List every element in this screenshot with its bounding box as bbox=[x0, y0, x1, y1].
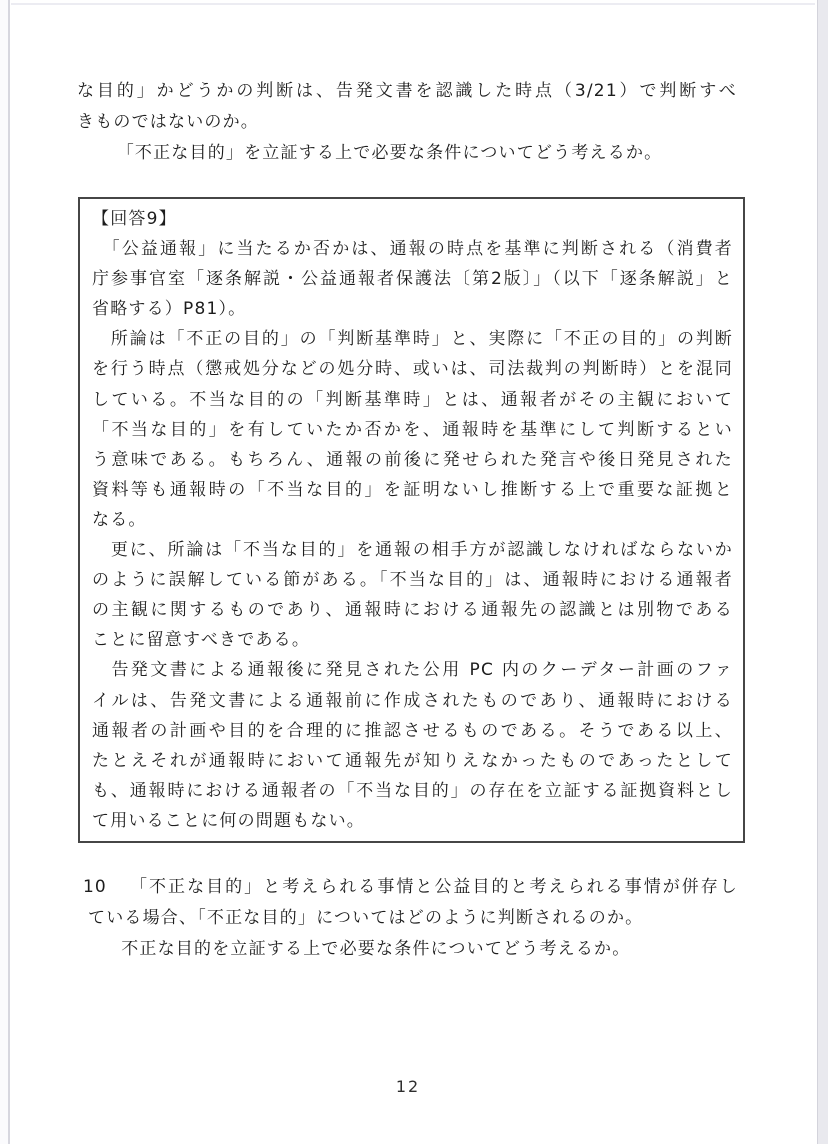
scan-edge-right-strip bbox=[817, 0, 828, 1144]
text-line: 「不当な目的」を有していたか否かを、通報時を基準にして判断するとい bbox=[92, 415, 733, 445]
text-line: な目的」かどうかの判断は、告発文書を認識した時点（3/21）で判断すべ bbox=[77, 76, 737, 107]
text-line: 所論は「不正の目的」の「判断基準時」と、実際に「不正の目的」の判断 bbox=[92, 324, 733, 354]
text-line: も、通報時における通報者の「不当な目的」の存在を立証する証拠資料とし bbox=[92, 776, 733, 806]
text-line: の主観に関するものであり、通報時における通報先の認識とは別物である bbox=[92, 595, 733, 625]
text-line: 「不正な目的」と考えられる事情と公益目的と考えられる事情が併存し bbox=[130, 872, 738, 903]
text-line: 「不正な目的」を立証する上で必要な条件についてどう考えるか。 bbox=[77, 138, 737, 169]
document-page: な目的」かどうかの判断は、告発文書を認識した時点（3/21）で判断すべ きもので… bbox=[0, 0, 828, 1144]
scan-edge-top-line bbox=[11, 3, 815, 5]
text-line: 告発文書による通報後に発見された公用 PC 内のクーデター計画のファ bbox=[92, 655, 733, 685]
text-line: ている場合、「不正な目的」についてはどのように判断されるのか。 bbox=[83, 903, 738, 934]
text-line: のように誤解している節がある。「不当な目的」は、通報時における通報者 bbox=[92, 565, 733, 595]
text-line: て用いることに何の問題もない。 bbox=[92, 806, 733, 836]
page-number: 12 bbox=[0, 1077, 816, 1096]
text-line: 不正な目的を立証する上で必要な条件についてどう考えるか。 bbox=[83, 934, 738, 965]
question-10-number: 10 bbox=[83, 872, 130, 903]
answer-9-box: 【回答9】 「公益通報」に当たるか否かは、通報の時点を基準に判断される（消費者 … bbox=[78, 197, 745, 843]
text-line: う意味である。もちろん、通報の前後に発せられた発言や後日発見された bbox=[92, 445, 733, 475]
text-line: 庁参事官室「逐条解説・公益通報者保護法〔第2版〕」（以下「逐条解説」と bbox=[92, 264, 733, 294]
text-line: ことに留意すべきである。 bbox=[92, 625, 733, 655]
text-line: を行う時点（懲戒処分などの処分時、或いは、司法裁判の判断時）とを混同 bbox=[92, 354, 733, 384]
text-line: している。不当な目的の「判断基準時」とは、通報者がその主観において bbox=[92, 385, 733, 415]
answer-9-heading: 【回答9】 bbox=[92, 204, 733, 234]
text-line: 通報者の計画や目的を合理的に推認させるものである。そうである以上、 bbox=[92, 716, 733, 746]
scan-edge-left-line bbox=[8, 0, 10, 1144]
question-10-block: 10 「不正な目的」と考えられる事情と公益目的と考えられる事情が併存し ている場… bbox=[83, 872, 738, 965]
text-line: きものではないのか。 bbox=[77, 107, 737, 138]
question-9-followup-paragraph: な目的」かどうかの判断は、告発文書を認識した時点（3/21）で判断すべ きもので… bbox=[77, 76, 737, 169]
text-line: 省略する）P81）。 bbox=[92, 294, 733, 324]
text-line: たとえそれが通報時において通報先が知りえなかったものであったとして bbox=[92, 746, 733, 776]
text-line: なる。 bbox=[92, 505, 733, 535]
text-line: イルは、告発文書による通報前に作成されたものであり、通報時における bbox=[92, 686, 733, 716]
scan-edge-left-margin bbox=[0, 0, 8, 1144]
text-line: 資料等も通報時の「不当な目的」を証明ないし推断する上で重要な証拠と bbox=[92, 475, 733, 505]
text-line: 更に、所論は「不当な目的」を通報の相手方が認識しなければならないか bbox=[92, 535, 733, 565]
text-line: 「公益通報」に当たるか否かは、通報の時点を基準に判断される（消費者 bbox=[92, 234, 733, 264]
question-10-first-line: 10 「不正な目的」と考えられる事情と公益目的と考えられる事情が併存し bbox=[83, 872, 738, 903]
